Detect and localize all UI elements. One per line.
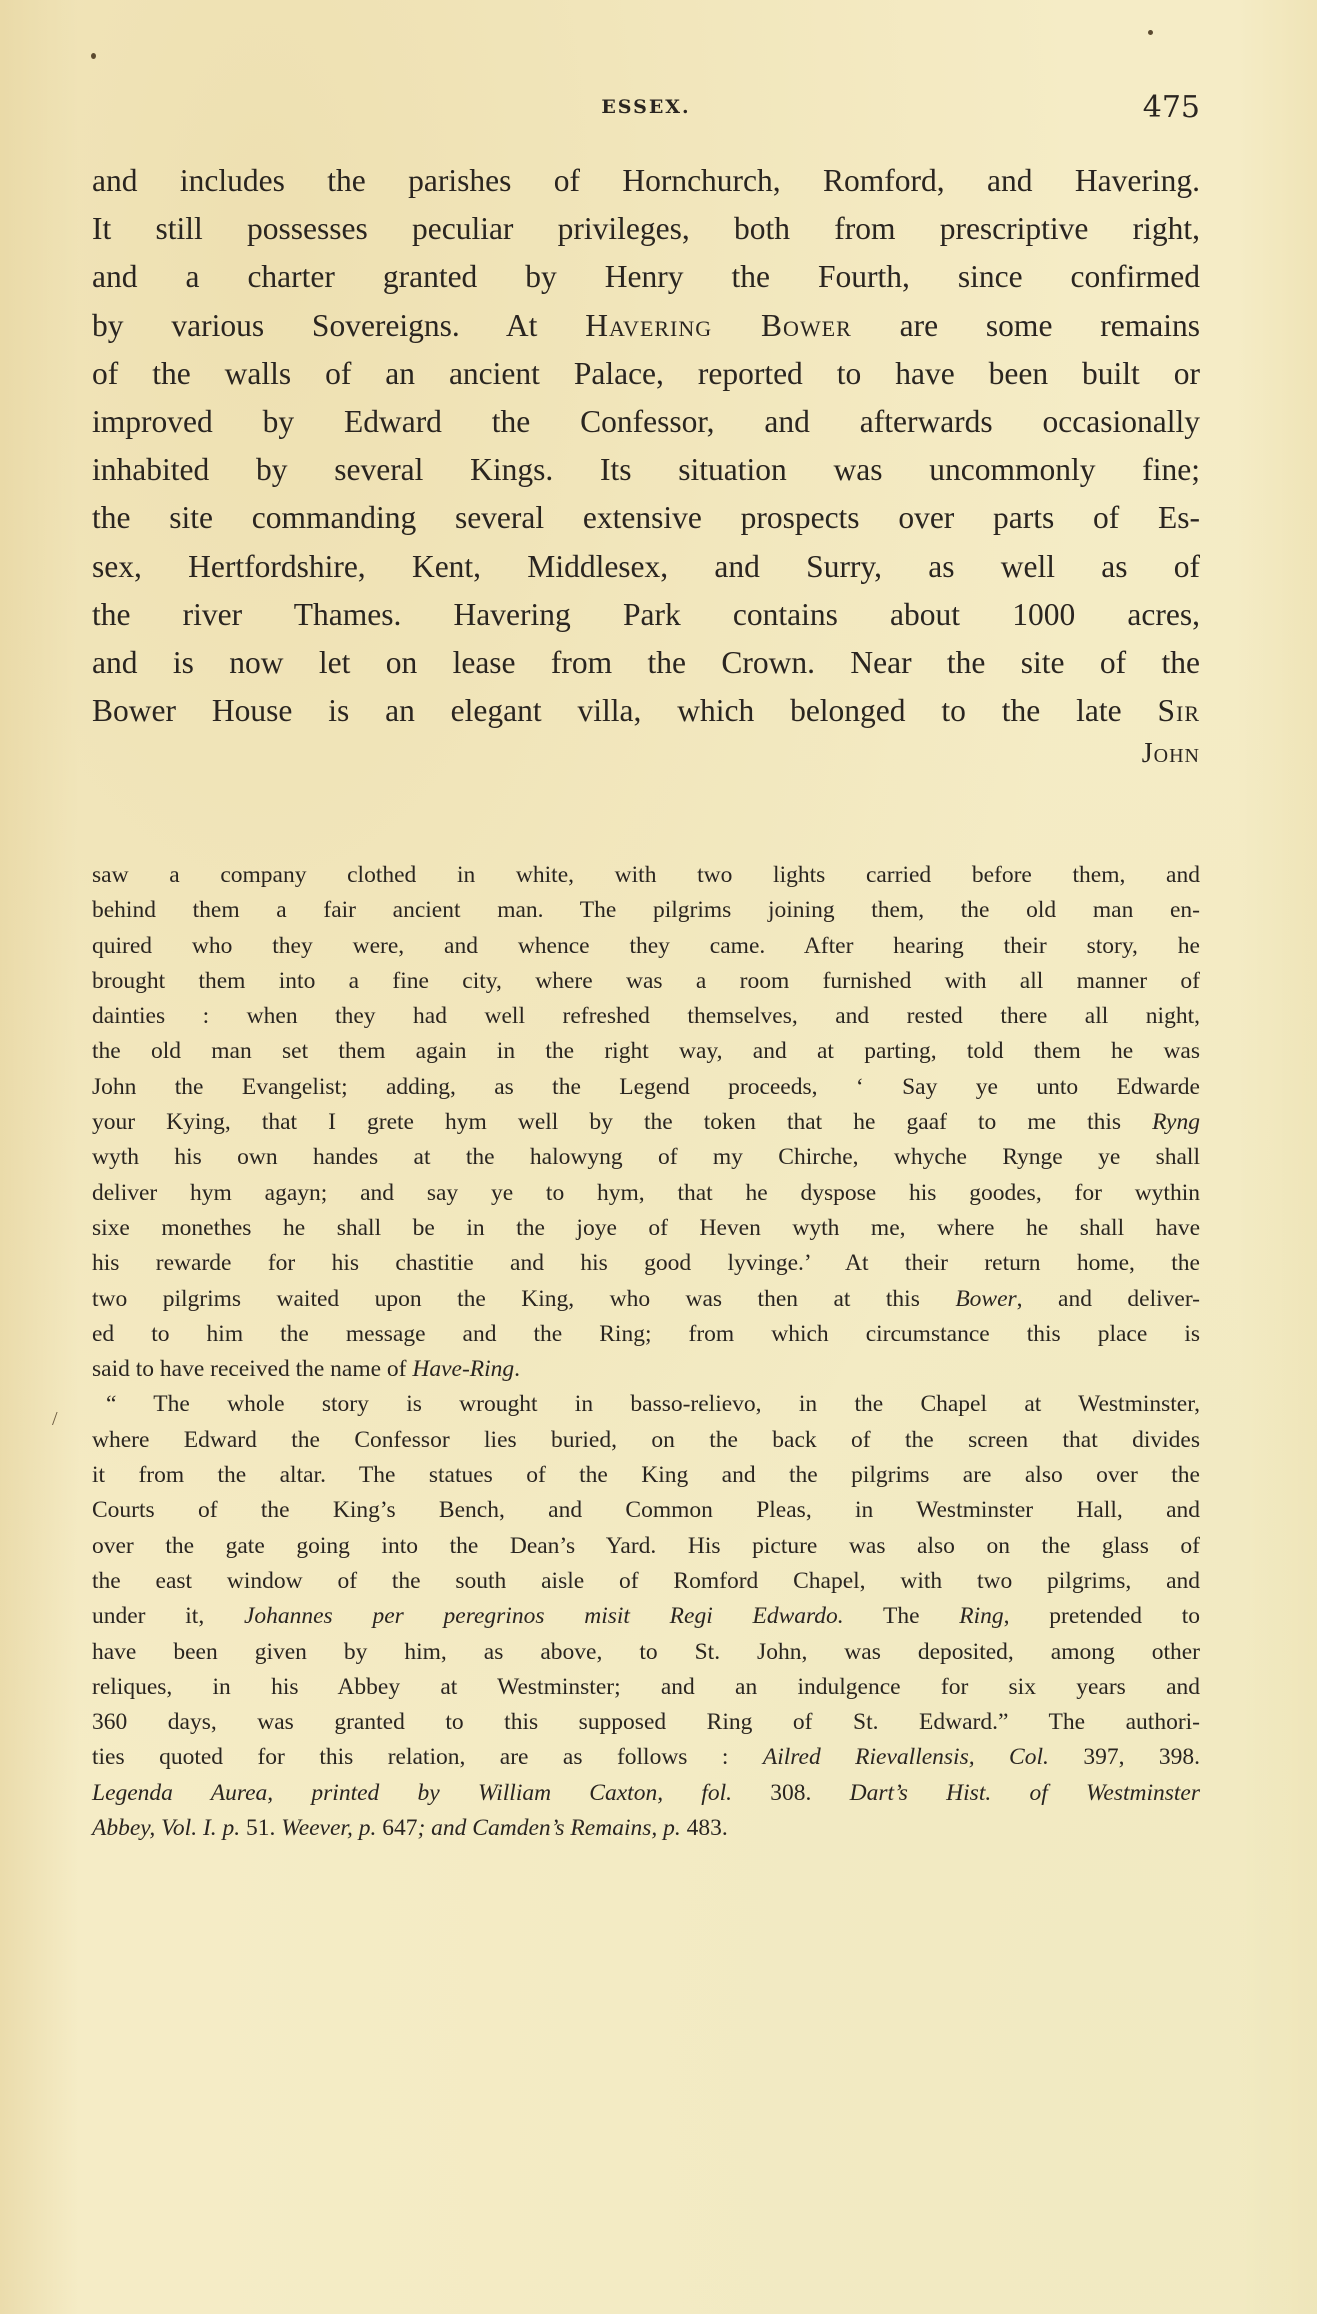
text-line: the river Thames. Havering Park contains…	[92, 591, 1200, 639]
text-line: and a charter granted by Henry the Fourt…	[92, 253, 1200, 301]
footnote-line: your Kying, that I grete hym well by the…	[92, 1105, 1200, 1140]
page-number: 475	[1143, 90, 1200, 125]
text-run: of the walls of an ancient Palace, repor…	[92, 356, 1200, 391]
text-run: brought them into a fine city, where was…	[92, 968, 1200, 994]
small-caps-name: Sir	[1157, 693, 1200, 728]
text-run: reliques, in his Abbey at Westminster; a…	[92, 1674, 1200, 1700]
running-title: ESSEX.	[92, 96, 1200, 118]
text-line: of the walls of an ancient Palace, repor…	[92, 350, 1200, 398]
text-line: It still possesses peculiar privileges, …	[92, 205, 1200, 253]
italic-run: Have-Ring	[412, 1356, 514, 1382]
italic-run: Dart’s Hist. of Westminster	[850, 1780, 1200, 1806]
text-run: .	[514, 1356, 520, 1382]
footnote-line: “ The whole story is wrought in basso-re…	[92, 1387, 1200, 1422]
text-run: said to have received the name of	[92, 1356, 412, 1382]
text-run: where Edward the Confessor lies buried, …	[92, 1427, 1200, 1453]
footnote-line: wyth his own handes at the halowyng of m…	[92, 1140, 1200, 1175]
text-run: Courts of the King’s Bench, and Common P…	[92, 1497, 1200, 1523]
text-run: are some remains	[852, 308, 1200, 343]
text-run: sex, Hertfordshire, Kent, Middlesex, and…	[92, 549, 1200, 584]
footnote-line: his rewarde for his chastitie and his go…	[92, 1246, 1200, 1281]
text-run: and a charter granted by Henry the Fourt…	[92, 259, 1200, 294]
text-line: improved by Edward the Confessor, and af…	[92, 398, 1200, 446]
text-run: The	[844, 1603, 960, 1629]
text-run: the site commanding several extensive pr…	[92, 500, 1200, 535]
italic-run: Ring	[959, 1603, 1003, 1629]
small-caps-name: Havering Bower	[585, 308, 852, 343]
italic-run: Legenda Aurea, printed by William Caxton…	[92, 1780, 732, 1806]
text-line: inhabited by several Kings. Its situatio…	[92, 446, 1200, 494]
footnote-line: behind them a fair ancient man. The pilg…	[92, 893, 1200, 928]
text-run: behind them a fair ancient man. The pilg…	[92, 897, 1200, 923]
text-run: over the gate going into the Dean’s Yard…	[92, 1533, 1200, 1559]
text-run: have been given by him, as above, to St.…	[92, 1639, 1200, 1665]
footnote-line: the old man set them again in the right …	[92, 1034, 1200, 1069]
text-line: sex, Hertfordshire, Kent, Middlesex, and…	[92, 543, 1200, 591]
main-body-text: and includes the parishes of Hornchurch,…	[92, 157, 1200, 735]
text-run: 360 days, was granted to this supposed R…	[92, 1709, 1200, 1735]
footnote-line: Courts of the King’s Bench, and Common P…	[92, 1493, 1200, 1528]
text-run: and is now let on lease from the Crown. …	[92, 645, 1200, 680]
footnote-line: ties quoted for this relation, are as fo…	[92, 1740, 1200, 1775]
footnote-line: have been given by him, as above, to St.…	[92, 1635, 1200, 1670]
footnote-line: Abbey, Vol. I. p. 51. Weever, p. 647; an…	[92, 1811, 1200, 1846]
footnote-line: the east window of the south aisle of Ro…	[92, 1564, 1200, 1599]
footnote-line: quired who they were, and whence they ca…	[92, 929, 1200, 964]
italic-run: Ryng	[1152, 1109, 1200, 1135]
footnote-line: over the gate going into the Dean’s Yard…	[92, 1529, 1200, 1564]
catchword: John	[1142, 738, 1200, 770]
paper-speck	[1148, 30, 1153, 35]
footnote-text: saw a company clothed in white, with two…	[92, 858, 1200, 1846]
text-run: inhabited by several Kings. Its situatio…	[92, 452, 1200, 487]
text-line: Bower House is an elegant villa, which b…	[92, 687, 1200, 735]
text-run: it from the altar. The statues of the Ki…	[92, 1462, 1200, 1488]
italic-run: Weever, p.	[281, 1815, 376, 1841]
footnote-line: saw a company clothed in white, with two…	[92, 858, 1200, 893]
running-head: ESSEX. 475	[92, 90, 1200, 126]
text-run: , pretended to	[1004, 1603, 1200, 1629]
footnote-line: 360 days, was granted to this supposed R…	[92, 1705, 1200, 1740]
text-run: It still possesses peculiar privileges, …	[92, 211, 1200, 246]
footnote-line: where Edward the Confessor lies buried, …	[92, 1423, 1200, 1458]
text-run: the old man set them again in the right …	[92, 1038, 1200, 1064]
text-run: and includes the parishes of Hornchurch,…	[92, 163, 1200, 198]
text-run: 51.	[240, 1815, 281, 1841]
italic-run: Bower	[955, 1286, 1016, 1312]
text-run: your Kying, that I grete hym well by the…	[92, 1109, 1152, 1135]
text-line: by various Sovereigns. At Havering Bower…	[92, 302, 1200, 350]
footnote-line: said to have received the name of Have-R…	[92, 1352, 1200, 1387]
text-run: the river Thames. Havering Park contains…	[92, 597, 1200, 632]
text-run: 647	[376, 1815, 417, 1841]
text-run: ties quoted for this relation, are as fo…	[92, 1744, 763, 1770]
footnote-line: deliver hym agayn; and say ye to hym, th…	[92, 1176, 1200, 1211]
paper-speck	[91, 53, 96, 59]
italic-run: Ailred Rievallensis, Col.	[763, 1744, 1049, 1770]
text-run: John the Evangelist; adding, as the Lege…	[92, 1074, 1200, 1100]
footnote-line: brought them into a fine city, where was…	[92, 964, 1200, 999]
book-page: ESSEX. 475 and includes the parishes of …	[0, 0, 1317, 2314]
italic-run: ; and Camden’s Remains, p.	[417, 1815, 680, 1841]
text-line: the site commanding several extensive pr…	[92, 494, 1200, 542]
footnote-line: it from the altar. The statues of the Ki…	[92, 1458, 1200, 1493]
italic-run: Johannes per peregrinos misit Regi Edwar…	[244, 1603, 844, 1629]
text-run: dainties : when they had well refreshed …	[92, 1003, 1200, 1029]
text-run: 308.	[732, 1780, 850, 1806]
text-run: Bower House is an elegant villa, which b…	[92, 693, 1157, 728]
text-run: under it,	[92, 1603, 244, 1629]
footnote-line: John the Evangelist; adding, as the Lege…	[92, 1070, 1200, 1105]
text-run: wyth his own handes at the halowyng of m…	[92, 1144, 1200, 1170]
footnote-line: reliques, in his Abbey at Westminster; a…	[92, 1670, 1200, 1705]
text-run: , and deliver-	[1017, 1286, 1200, 1312]
text-run: 397, 398.	[1049, 1744, 1200, 1770]
text-run: deliver hym agayn; and say ye to hym, th…	[92, 1180, 1200, 1206]
footnote-line: sixe monethes he shall be in the joye of…	[92, 1211, 1200, 1246]
text-run: improved by Edward the Confessor, and af…	[92, 404, 1200, 439]
text-run: ed to him the message and the Ring; from…	[92, 1321, 1200, 1347]
italic-run: Abbey, Vol. I. p.	[92, 1815, 240, 1841]
text-line: and includes the parishes of Hornchurch,…	[92, 157, 1200, 205]
text-run: quired who they were, and whence they ca…	[92, 933, 1200, 959]
footnote-line: dainties : when they had well refreshed …	[92, 999, 1200, 1034]
text-run: the east window of the south aisle of Ro…	[92, 1568, 1200, 1594]
text-run: saw a company clothed in white, with two…	[92, 862, 1200, 888]
footnote-line: Legenda Aurea, printed by William Caxton…	[92, 1776, 1200, 1811]
text-run: “ The whole story is wrought in basso-re…	[106, 1391, 1200, 1417]
text-run: by various Sovereigns. At	[92, 308, 585, 343]
text-run: two pilgrims waited upon the King, who w…	[92, 1286, 955, 1312]
footnote-line: ed to him the message and the Ring; from…	[92, 1317, 1200, 1352]
footnote-line: two pilgrims waited upon the King, who w…	[92, 1282, 1200, 1317]
text-run: sixe monethes he shall be in the joye of…	[92, 1215, 1200, 1241]
margin-mark: /	[52, 1408, 58, 1431]
text-run: his rewarde for his chastitie and his go…	[92, 1250, 1200, 1276]
text-run: 483.	[681, 1815, 728, 1841]
footnote-line: under it, Johannes per peregrinos misit …	[92, 1599, 1200, 1634]
text-line: and is now let on lease from the Crown. …	[92, 639, 1200, 687]
